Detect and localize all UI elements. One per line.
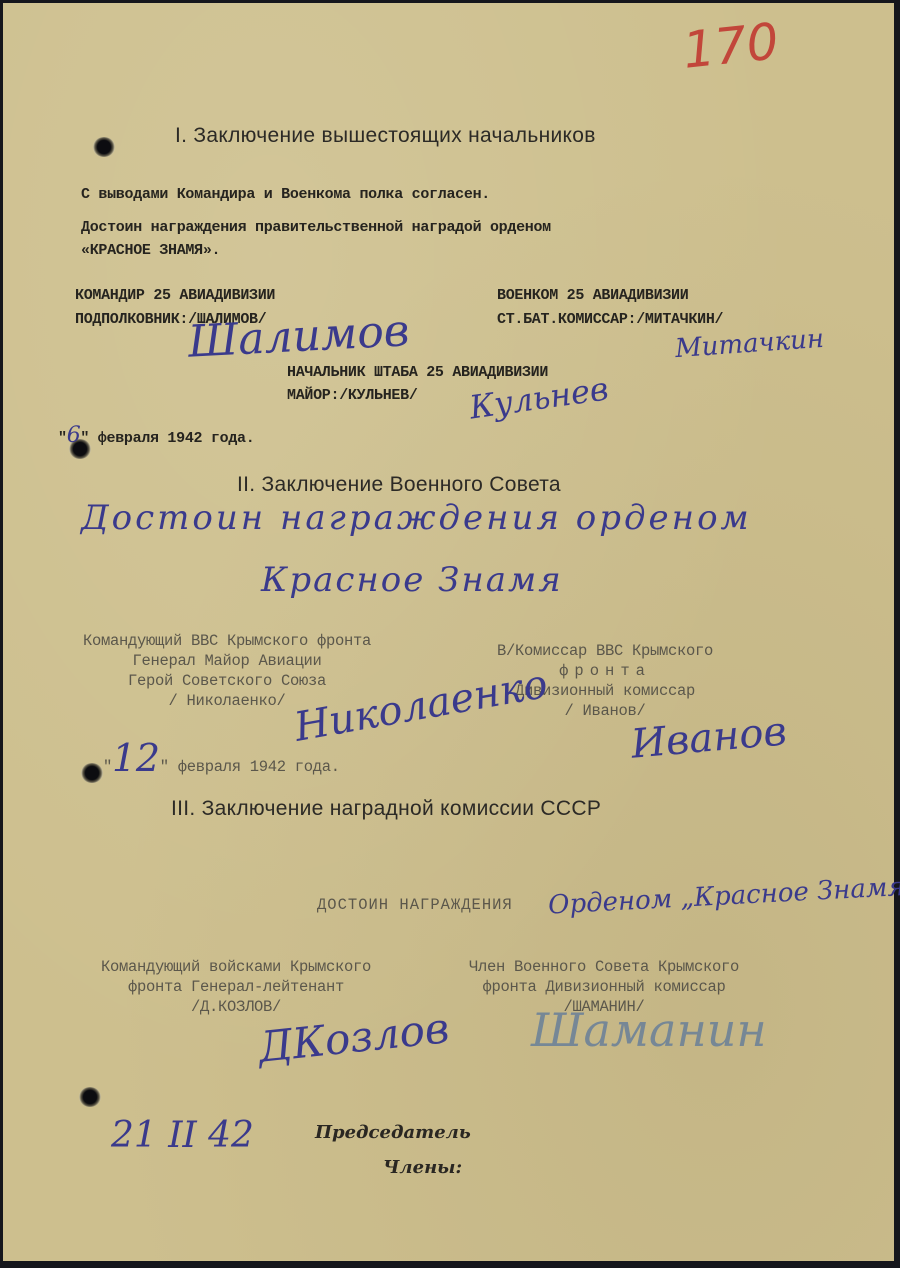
section3-left-signatory: Командующий войсками Крымского фронта Ге… <box>101 957 371 1017</box>
section2-date: "12" февраля 1942 года. <box>103 736 340 780</box>
punch-hole <box>81 763 103 783</box>
left-line: /Д.КОЗЛОВ/ <box>101 997 371 1017</box>
section1-center-title: НАЧАЛЬНИК ШТАБА 25 АВИАДИВИЗИИ <box>287 364 548 381</box>
right-line: фронта Дивизионный комиссар <box>469 977 739 997</box>
section1-center-name: МАЙОР:/КУЛЬНЕВ/ <box>287 387 418 404</box>
section1-line2: Достоин награждения правительственной на… <box>81 219 551 236</box>
handwritten-date: 21 II 42 <box>111 1115 254 1156</box>
section1-heading: I. Заключение вышестоящих начальников <box>175 124 596 148</box>
signature-shamanin: Шаманин <box>531 1003 767 1057</box>
section1-date: "6" февраля 1942 года. <box>58 423 254 448</box>
section3-typed: ДОСТОИН НАГРАЖДЕНИЯ <box>317 896 513 914</box>
members-label: Члены: <box>383 1157 462 1178</box>
date-rest: " февраля 1942 года. <box>160 758 340 776</box>
date-day: 12 <box>112 736 160 780</box>
right-line: Член Военного Совета Крымского <box>469 957 739 977</box>
section1-right-title: ВОЕНКОМ 25 АВИАДИВИЗИИ <box>497 287 688 304</box>
chairman-label: Председатель <box>315 1122 471 1143</box>
left-line: Командующий ВВС Крымского фронта <box>83 631 371 651</box>
section2-heading: II. Заключение Военного Совета <box>237 473 561 497</box>
punch-hole <box>93 137 115 157</box>
section3-heading: III. Заключение наградной комиссии СССР <box>171 797 601 821</box>
left-line: Генерал Майор Авиации <box>83 651 371 671</box>
page-number: 170 <box>680 12 781 80</box>
section1-right-name: СТ.БАТ.КОМИССАР:/МИТАЧКИН/ <box>497 311 723 328</box>
left-line: Герой Советского Союза <box>83 671 371 691</box>
section3-handwritten: Орденом „Красное Знамя" <box>547 871 900 920</box>
section1-left-title: КОМАНДИР 25 АВИАДИВИЗИИ <box>75 287 275 304</box>
section1-line3: «КРАСНОЕ ЗНАМЯ». <box>81 242 220 259</box>
left-line: Командующий войсками Крымского <box>101 957 371 977</box>
punch-hole <box>79 1087 101 1107</box>
document-page: 170 I. Заключение вышестоящих начальнико… <box>3 3 894 1261</box>
date-day: 6 <box>67 423 81 448</box>
signature-mitachkin: Митачкин <box>674 324 825 364</box>
right-line: В/Комиссар ВВС Крымского <box>497 641 713 661</box>
section1-line1: С выводами Командира и Военкома полка со… <box>81 186 490 203</box>
section2-handwritten-line1: Достоин награждения орденом <box>81 498 752 538</box>
signature-shalimov: Шалимов <box>187 305 411 368</box>
date-rest: " февраля 1942 года. <box>80 430 254 447</box>
section2-handwritten-line2: Красное Знамя <box>261 560 563 600</box>
left-line: фронта Генерал-лейтенант <box>101 977 371 997</box>
